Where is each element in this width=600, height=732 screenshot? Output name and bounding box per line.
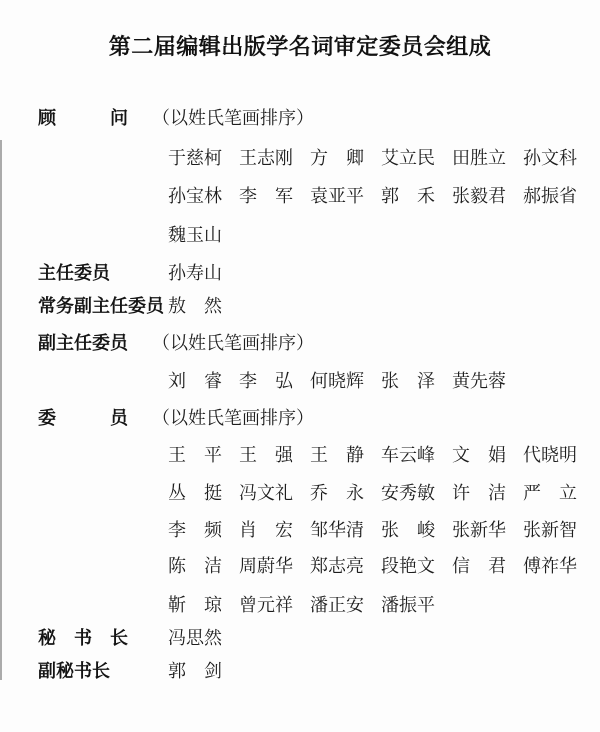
scan-edge-artifact [0, 140, 2, 680]
member-name: 车云峰 [381, 444, 435, 466]
member-name: 于慈柯 [168, 147, 222, 169]
member-name: 李 弘 [239, 370, 293, 392]
member-name: 信 君 [452, 555, 506, 577]
member-name: 代晓明 [523, 444, 577, 466]
sort-note: （以姓氏笔画排序） [152, 107, 314, 129]
row-member-names: 丛 挺冯文礼乔 永安秀敏许 洁严 立 [38, 482, 592, 504]
member-name: 郭 禾 [381, 185, 435, 207]
member-name: 陈 洁 [168, 555, 222, 577]
member-name: 郝振省 [523, 185, 577, 207]
member-name: 丛 挺 [168, 482, 222, 504]
row-chairman: 主任委员 孙寿山 [38, 262, 592, 284]
row-advisor-names: 魏玉山 [38, 224, 592, 246]
member-name: 李 军 [239, 185, 293, 207]
role-label: 顾 问 [38, 107, 128, 129]
member-name: 靳 琼 [168, 594, 222, 616]
member-name: 张毅君 [452, 185, 506, 207]
row-member-names: 陈 洁周蔚华郑志亮段艳文信 君傅祚华 [38, 555, 592, 577]
role-label: 副主任委员 [38, 332, 128, 354]
member-name: 张新智 [523, 519, 577, 541]
member-name: 孙宝林 [168, 185, 222, 207]
member-name: 安秀敏 [381, 482, 435, 504]
row-deputy-secretary-general: 副秘书长 郭 剑 [38, 660, 592, 682]
row-member-names: 李 频肖 宏邹华清张 峻张新华张新智 [38, 519, 592, 541]
member-name: 黄先蓉 [452, 370, 506, 392]
role-label: 秘 书 长 [38, 627, 128, 649]
member-name: 何晓辉 [310, 370, 364, 392]
member-name: 张新华 [452, 519, 506, 541]
sort-note: （以姓氏笔画排序） [152, 407, 314, 429]
member-name: 冯文礼 [239, 482, 293, 504]
member-name: 潘振平 [381, 594, 435, 616]
member-name: 敖 然 [168, 295, 222, 317]
row-member-names: 靳 琼曾元祥潘正安潘振平 [38, 594, 592, 616]
member-name: 刘 睿 [168, 370, 222, 392]
role-label: 委 员 [38, 407, 128, 429]
member-name: 邹华清 [310, 519, 364, 541]
member-name: 王 强 [239, 444, 293, 466]
member-name: 周蔚华 [239, 555, 293, 577]
member-name: 方 卿 [310, 147, 364, 169]
member-name: 袁亚平 [310, 185, 364, 207]
member-name: 曾元祥 [239, 594, 293, 616]
member-name: 孙文科 [523, 147, 577, 169]
member-name: 艾立民 [381, 147, 435, 169]
row-advisors-header: 顾 问 （以姓氏笔画排序） [38, 107, 592, 129]
member-name: 李 频 [168, 519, 222, 541]
member-name: 王志刚 [239, 147, 293, 169]
row-advisor-names: 孙宝林李 军袁亚平郭 禾张毅君郝振省 [38, 185, 592, 207]
member-name: 严 立 [523, 482, 577, 504]
page-title: 第二届编辑出版学名词审定委员会组成 [0, 33, 600, 61]
member-name: 肖 宏 [239, 519, 293, 541]
member-name: 许 洁 [452, 482, 506, 504]
member-name: 郑志亮 [310, 555, 364, 577]
row-vice-chairmen-header: 副主任委员 （以姓氏笔画排序） [38, 332, 592, 354]
row-executive-vice-chairman: 常务副主任委员 敖 然 [38, 295, 592, 317]
member-name: 冯思然 [168, 627, 222, 649]
member-name: 张 峻 [381, 519, 435, 541]
member-name: 张 泽 [381, 370, 435, 392]
role-label: 常务副主任委员 [38, 295, 164, 317]
member-name: 王 平 [168, 444, 222, 466]
row-member-names: 王 平王 强王 静车云峰文 娟代晓明 [38, 444, 592, 466]
document-page: 第二届编辑出版学名词审定委员会组成 顾 问 （以姓氏笔画排序） 于慈柯王志刚方 … [0, 0, 600, 732]
row-advisor-names: 于慈柯王志刚方 卿艾立民田胜立孙文科 [38, 147, 592, 169]
member-name: 王 静 [310, 444, 364, 466]
member-name: 田胜立 [452, 147, 506, 169]
member-name: 郭 剑 [168, 660, 222, 682]
member-name: 魏玉山 [168, 224, 222, 246]
row-vice-chairmen-names: 刘 睿李 弘何晓辉张 泽黄先蓉 [38, 370, 592, 392]
member-name: 段艳文 [381, 555, 435, 577]
role-label: 主任委员 [38, 262, 110, 284]
row-members-header: 委 员 （以姓氏笔画排序） [38, 407, 592, 429]
role-label: 副秘书长 [38, 660, 110, 682]
member-name: 傅祚华 [523, 555, 577, 577]
row-secretary-general: 秘 书 长 冯思然 [38, 627, 592, 649]
member-name: 乔 永 [310, 482, 364, 504]
member-name: 文 娟 [452, 444, 506, 466]
member-name: 孙寿山 [168, 262, 222, 284]
member-name: 潘正安 [310, 594, 364, 616]
sort-note: （以姓氏笔画排序） [152, 332, 314, 354]
